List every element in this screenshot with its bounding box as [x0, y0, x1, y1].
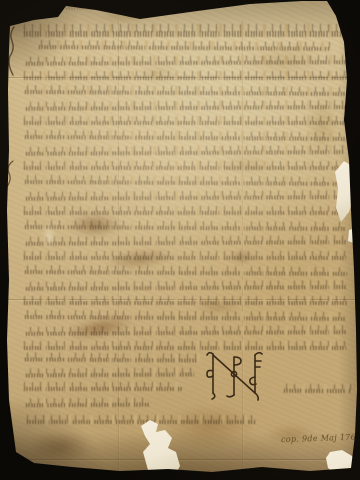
- stain: [228, 250, 256, 264]
- stain: [208, 150, 288, 180]
- manuscript-text-line: [24, 161, 346, 170]
- manuscript-text-line: [24, 265, 347, 276]
- manuscript-text-line: [24, 130, 347, 141]
- photo-background: cop. 9de Maj 1761.: [0, 0, 360, 480]
- stain: [58, 208, 132, 242]
- marginal-flourish-icon: [4, 160, 16, 188]
- stain: [128, 60, 188, 86]
- manuscript-text-line: [24, 175, 347, 186]
- manuscript-text-line: [24, 310, 346, 321]
- stain: [186, 296, 250, 318]
- royal-monogram-icon: [203, 346, 265, 404]
- stain: [300, 84, 344, 168]
- manuscript-text-line: [64, 4, 104, 10]
- stain: [16, 424, 104, 470]
- manuscript-text-line: [24, 190, 346, 201]
- manuscript-text-line: [24, 398, 150, 408]
- manuscript-text-line: [24, 280, 346, 291]
- tear-patch: [348, 228, 358, 245]
- marginal-flourish-icon: [6, 26, 18, 76]
- manuscript-text-line: [24, 382, 182, 391]
- manuscript-text-line: [24, 100, 347, 111]
- manuscript-text-line: [24, 116, 346, 125]
- manuscript-text-line: [24, 24, 346, 37]
- stain: [88, 6, 160, 26]
- stain: [41, 221, 57, 251]
- manuscript-text-line: [24, 352, 200, 362]
- manuscript-text-line: [24, 145, 344, 156]
- archival-date-note: cop. 9de Maj 1761.: [281, 433, 353, 445]
- stain: [225, 36, 340, 88]
- manuscript-text-line: [24, 368, 194, 378]
- tear-patch: [335, 160, 357, 224]
- manuscript-text-line: [283, 384, 351, 393]
- parchment-photo: cop. 9de Maj 1761.: [0, 0, 360, 480]
- tear-patch: [326, 450, 357, 478]
